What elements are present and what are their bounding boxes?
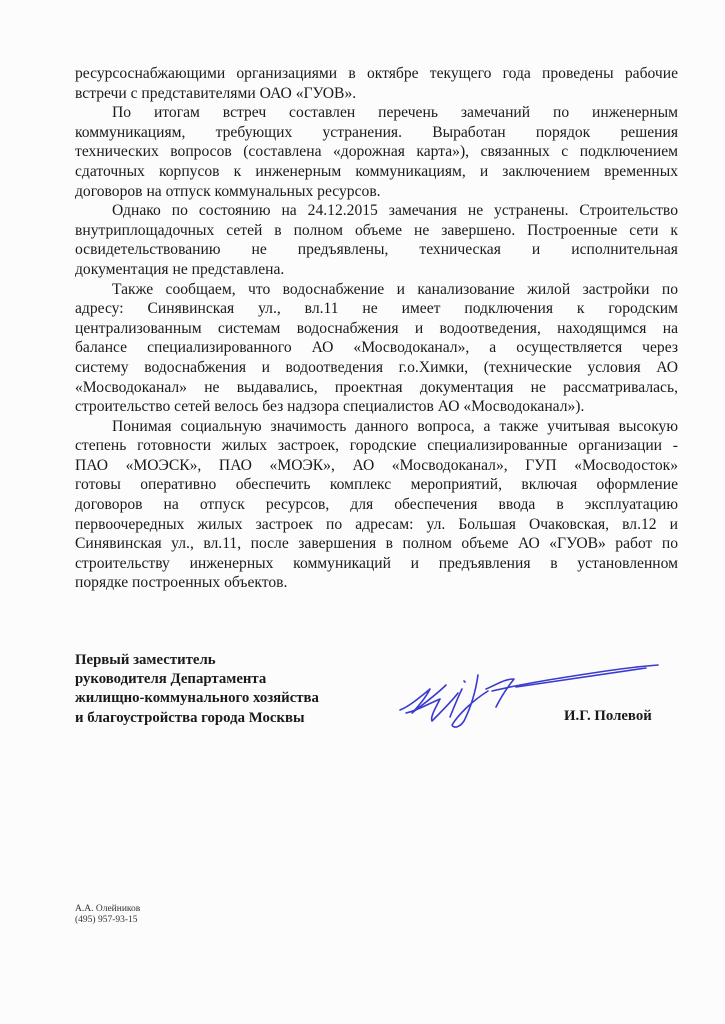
text-line: коммуникациям, требующих устранения. Выр… (75, 123, 678, 143)
text-line: договоров на отпуск ресурсов, для обеспе… (75, 495, 678, 515)
letter-body: ресурсоснабжающими организациями в октяб… (75, 64, 678, 593)
text-line: централизованным системам водоснабжения … (75, 319, 678, 339)
text-line: строительство сетей велось без надзора с… (75, 397, 678, 417)
signer-title-line: руководителя Департамента (75, 670, 319, 689)
executor-name: А.А. Олейников (75, 904, 140, 915)
text-line: строительству инженерных коммуникаций и … (75, 554, 678, 574)
text-line: Однако по состоянию на 24.12.2015 замеча… (75, 201, 678, 221)
text-line: систему водоснабжения и водоотведения г.… (75, 358, 678, 378)
text-line: степень готовности жилых застроек, город… (75, 436, 678, 456)
text-line: Синявинская ул., вл.11, после завершения… (75, 534, 678, 554)
text-line: освидетельствованию не предъявлены, техн… (75, 240, 678, 260)
executor-phone: (495) 957-93-15 (75, 915, 140, 926)
text-line: Также сообщаем, что водоснабжение и кана… (75, 280, 678, 300)
text-line: встречи с представителями ОАО «ГУОВ». (75, 84, 678, 104)
signer-title-line: Первый заместитель (75, 651, 319, 670)
text-line: сдаточных корпусов к инженерным коммуник… (75, 162, 678, 182)
text-line: ПАО «МОЭСК», ПАО «МОЭК», АО «Мосводокана… (75, 456, 678, 476)
signer-title-line: жилищно-коммунального хозяйства (75, 689, 319, 708)
text-line: Понимая социальную значимость данного во… (75, 417, 678, 437)
text-line: ресурсоснабжающими организациями в октяб… (75, 64, 678, 84)
signer-title: Первый заместитель руководителя Департам… (75, 651, 319, 728)
executor-contact: А.А. Олейников (495) 957-93-15 (75, 904, 140, 926)
text-line: первоочередных жилых застроек по адресам… (75, 515, 678, 535)
text-line: По итогам встреч составлен перечень заме… (75, 103, 678, 123)
text-line: внутриплощадочных сетей в полном объеме … (75, 221, 678, 241)
text-line: готовы оперативно обеспечить комплекс ме… (75, 475, 678, 495)
text-line: технических вопросов (составлена «дорожн… (75, 142, 678, 162)
text-line: договоров на отпуск коммунальных ресурсо… (75, 182, 678, 202)
document-page: ресурсоснабжающими организациями в октяб… (0, 0, 725, 1024)
signer-title-line: и благоустройства города Москвы (75, 709, 319, 728)
text-line: «Мосводоканал» не выдавались, проектная … (75, 378, 678, 398)
text-line: порядке построенных объектов. (75, 573, 678, 593)
text-line: адресу: Синявинская ул., вл.11 не имеет … (75, 299, 678, 319)
signer-name: И.Г. Полевой (564, 708, 652, 725)
text-line: документация не представлена. (75, 260, 678, 280)
text-line: балансе специализированного АО «Мосводок… (75, 338, 678, 358)
